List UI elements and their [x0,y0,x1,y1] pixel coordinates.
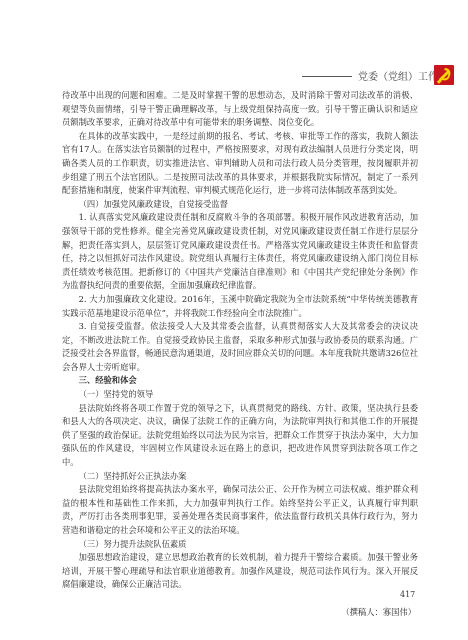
paragraph: 县法院始终将各项工作置于党的领导之下，认真贯彻党的路线、方针、政策，坚决执行县委… [62,402,418,470]
header-title: 党委（党组）工作 [358,68,438,83]
paragraph: 县法院党组始终将提高执法办案水平，确保司法公正、公开作为树立司法权威、维护群众利… [62,483,418,537]
running-header: 党委（党组）工作 [62,65,422,87]
subheading: （三）努力提升法院队伍素质 [62,538,418,552]
paragraph: 2. 大力加强廉政文化建设。2016年，玉溪中院确定我院为全市法院系统“中华传统… [62,293,418,320]
page-number: 417 [400,590,415,599]
paragraph: 1. 认真落实党风廉政建设责任制和反腐败斗争的各项部署。积极开展作风改进教育活动… [62,211,418,293]
header-rule [302,76,352,77]
party-hammer-sickle-icon [434,65,454,85]
subheading: （一）坚持党的领导 [62,388,418,402]
paragraph: 3. 自觉接受监督。依法接受人大及其常委会监督，认真贯彻落实人大及其常委会的决议… [62,320,418,374]
subheading: （二）坚持抓好公正执法办案 [62,470,418,484]
article-body: 待改革中出现的问题和困难。二是及时掌握干警的思想动态，及时消除干警对司法改革的消… [62,89,418,620]
section-heading: 三、经验和体会 [62,374,418,388]
paragraph: 待改革中出现的问题和困难。二是及时掌握干警的思想动态，及时消除干警对司法改革的消… [62,89,418,130]
paragraph: 加强思想政治建设，建立思想政治教育的长效机制，着力提升干警综合素质。加强干警业务… [62,551,418,592]
paragraph: 在具体的改革实践中，一是经过前期的报名、考试、考核、审批等工作的落实，我院人额法… [62,130,418,198]
subheading: （四）加强党风廉政建设，自觉接受监督 [62,198,418,212]
author-signature: （撰稿人：寡国伟） [62,606,418,620]
